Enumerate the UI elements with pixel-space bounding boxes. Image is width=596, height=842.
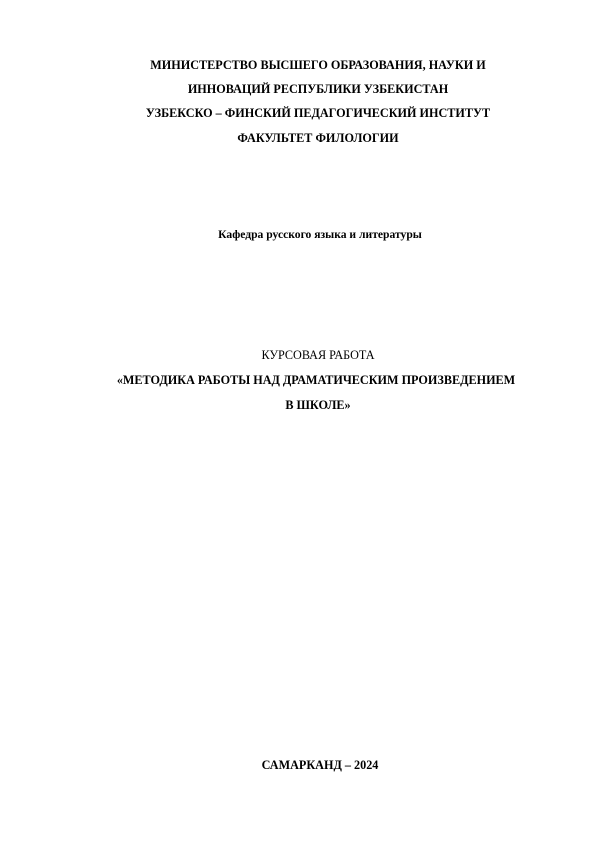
ministry-line-1: МИНИСТЕРСТВО ВЫСШЕГО ОБРАЗОВАНИЯ, НАУКИ … — [20, 57, 596, 73]
institute-name: УЗБЕКСКО – ФИНСКИЙ ПЕДАГОГИЧЕСКИЙ ИНСТИТ… — [20, 105, 596, 121]
work-type: КУРСОВАЯ РАБОТА — [20, 347, 596, 363]
ministry-line-2: ИННОВАЦИЙ РЕСПУБЛИКИ УЗБЕКИСТАН — [20, 81, 596, 97]
faculty-name: ФАКУЛЬТЕТ ФИЛОЛОГИИ — [20, 130, 596, 146]
work-title-line-1: «МЕТОДИКА РАБОТЫ НАД ДРАМАТИЧЕСКИМ ПРОИЗ… — [18, 372, 596, 388]
work-title-line-2: В ШКОЛЕ» — [20, 397, 596, 413]
city-year: САМАРКАНД – 2024 — [22, 757, 596, 773]
department-name: Кафедра русского языка и литературы — [22, 227, 596, 243]
